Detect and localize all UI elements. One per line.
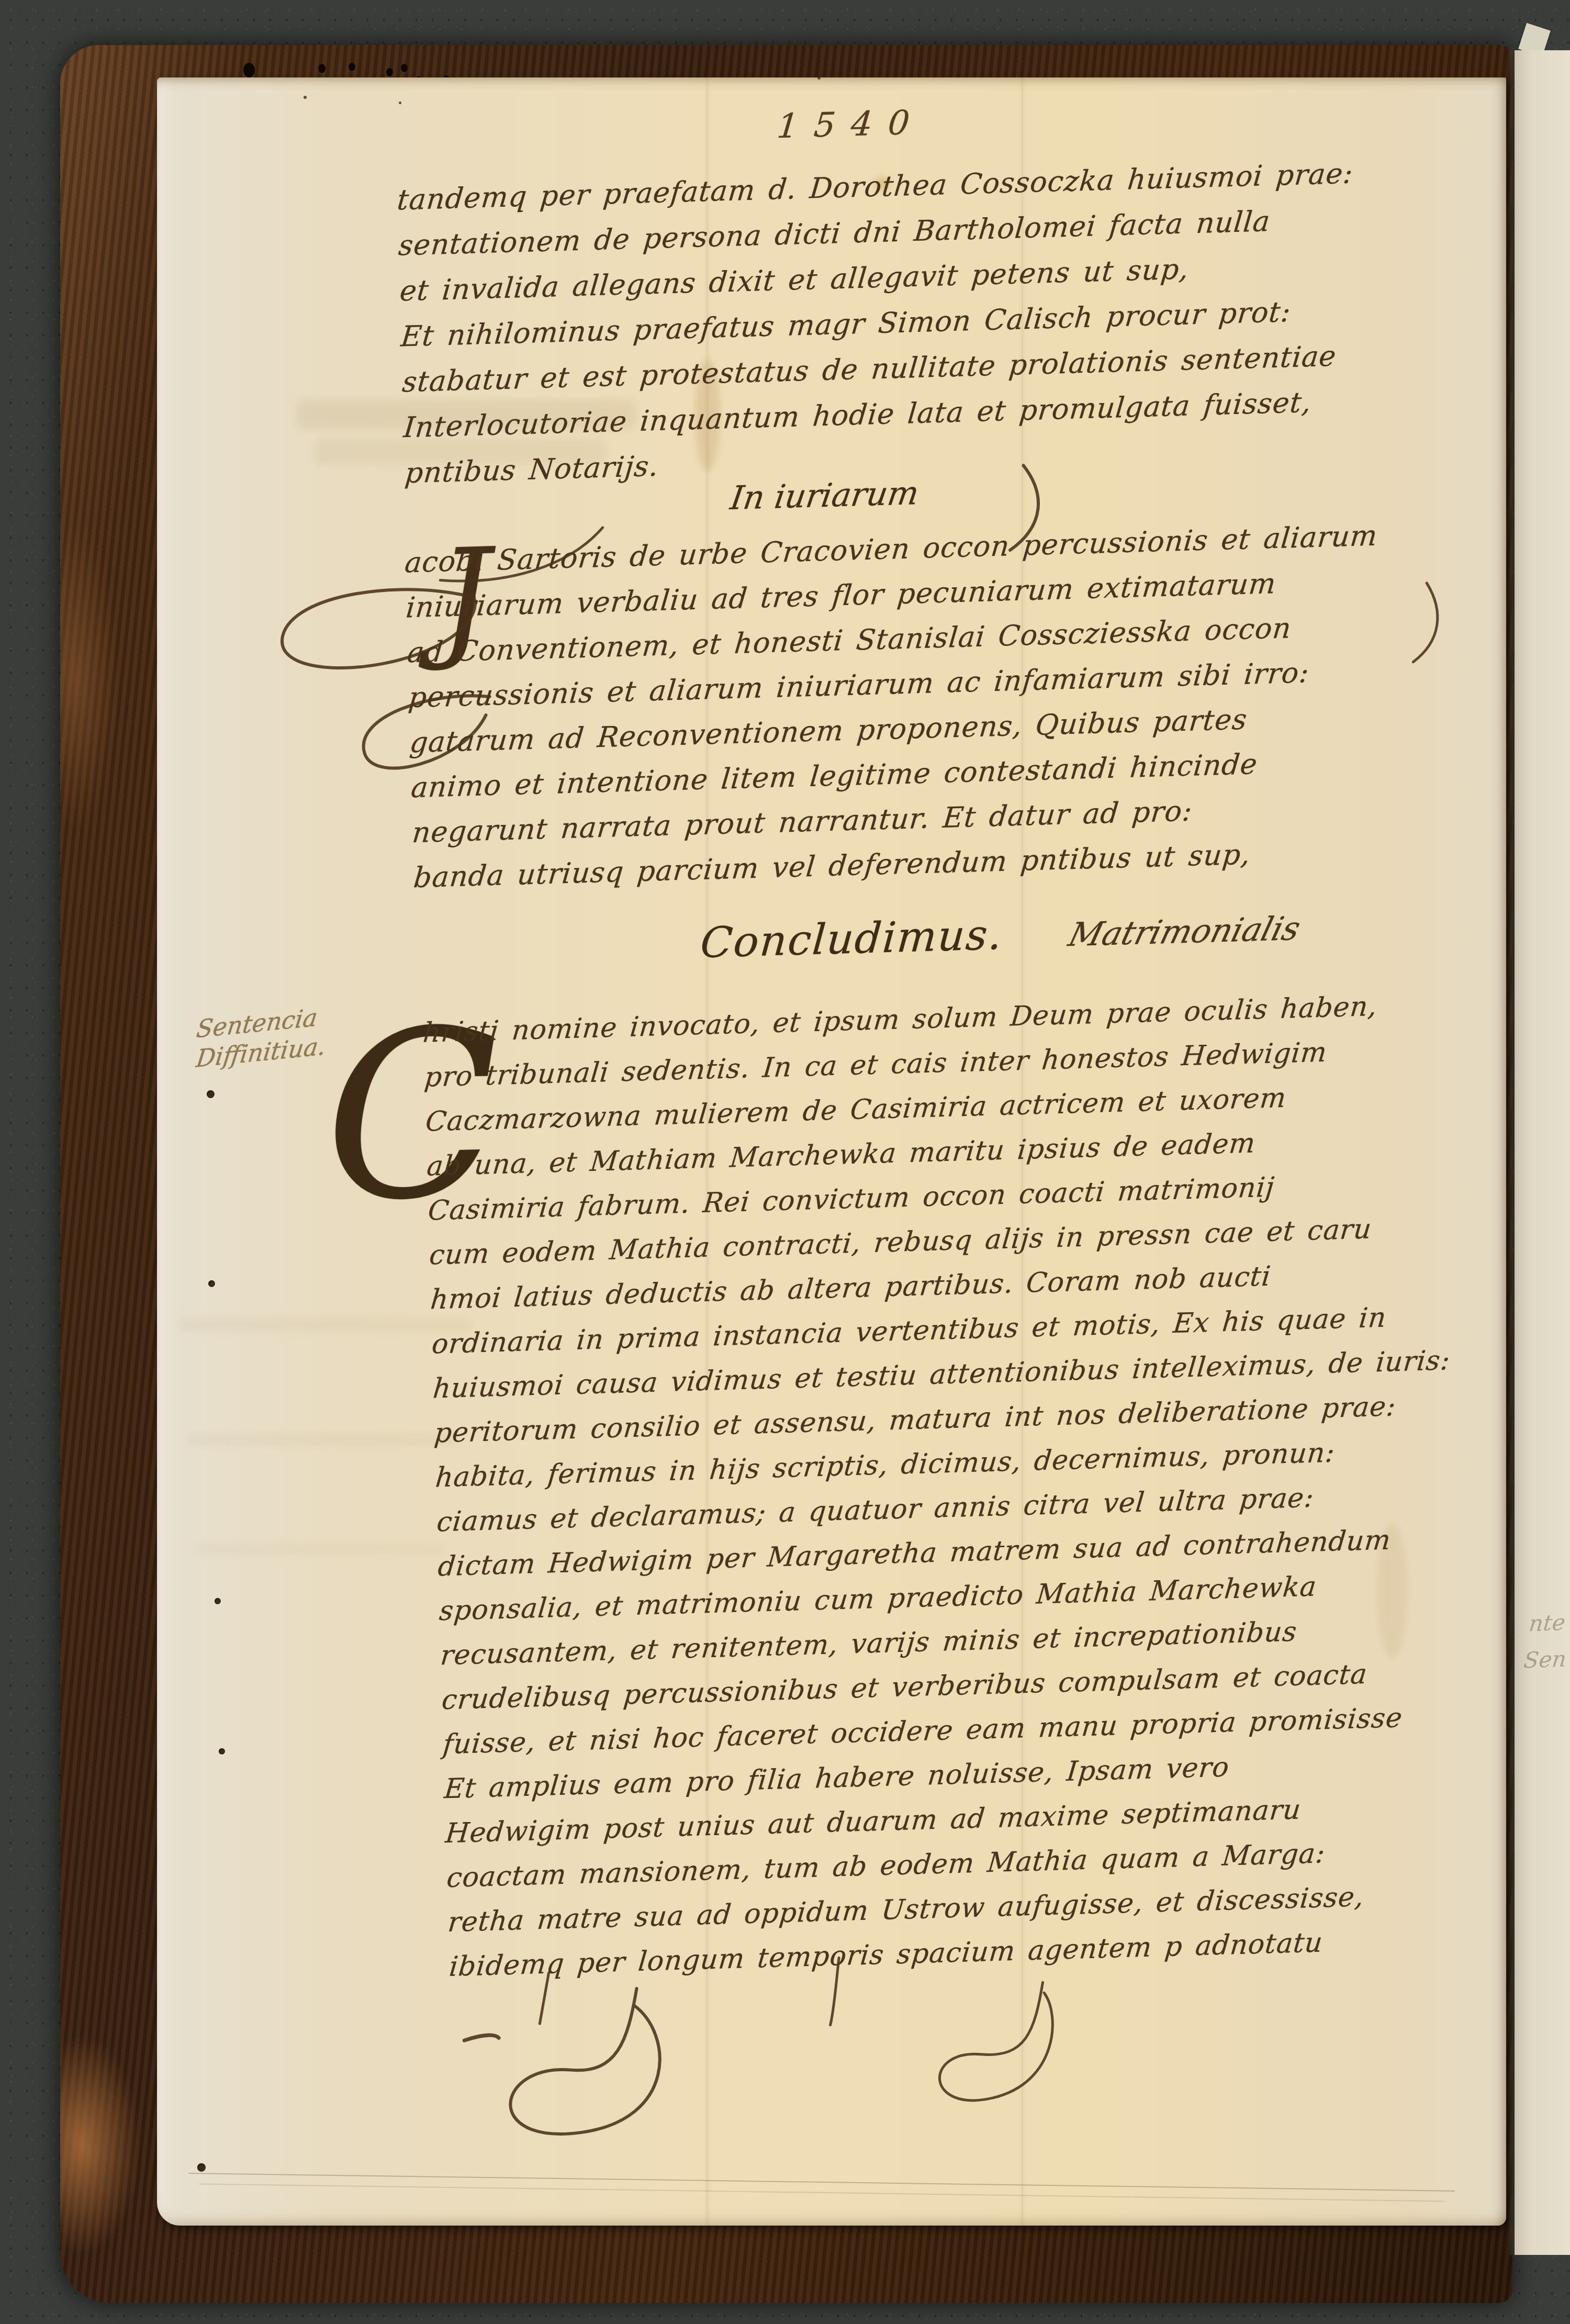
adjacent-page-edge: nte Sen (1515, 50, 1570, 2255)
pen-flourishes (157, 77, 1506, 2226)
wormhole (349, 63, 355, 71)
manuscript-page: 1540 tandemq per praefatam d. Dorothea C… (157, 77, 1506, 2226)
adjacent-page-text: Sen (1522, 1646, 1567, 1673)
adjacent-page-text: nte (1528, 1610, 1566, 1636)
wormhole (243, 63, 255, 77)
handwriting-layer: 1540 tandemq per praefatam d. Dorothea C… (157, 77, 1506, 2226)
scanned-manuscript-photo: { "document": { "kind": "handwritten man… (0, 0, 1570, 2324)
wormhole (318, 64, 326, 73)
wormhole (386, 68, 393, 76)
wormhole (401, 64, 408, 72)
